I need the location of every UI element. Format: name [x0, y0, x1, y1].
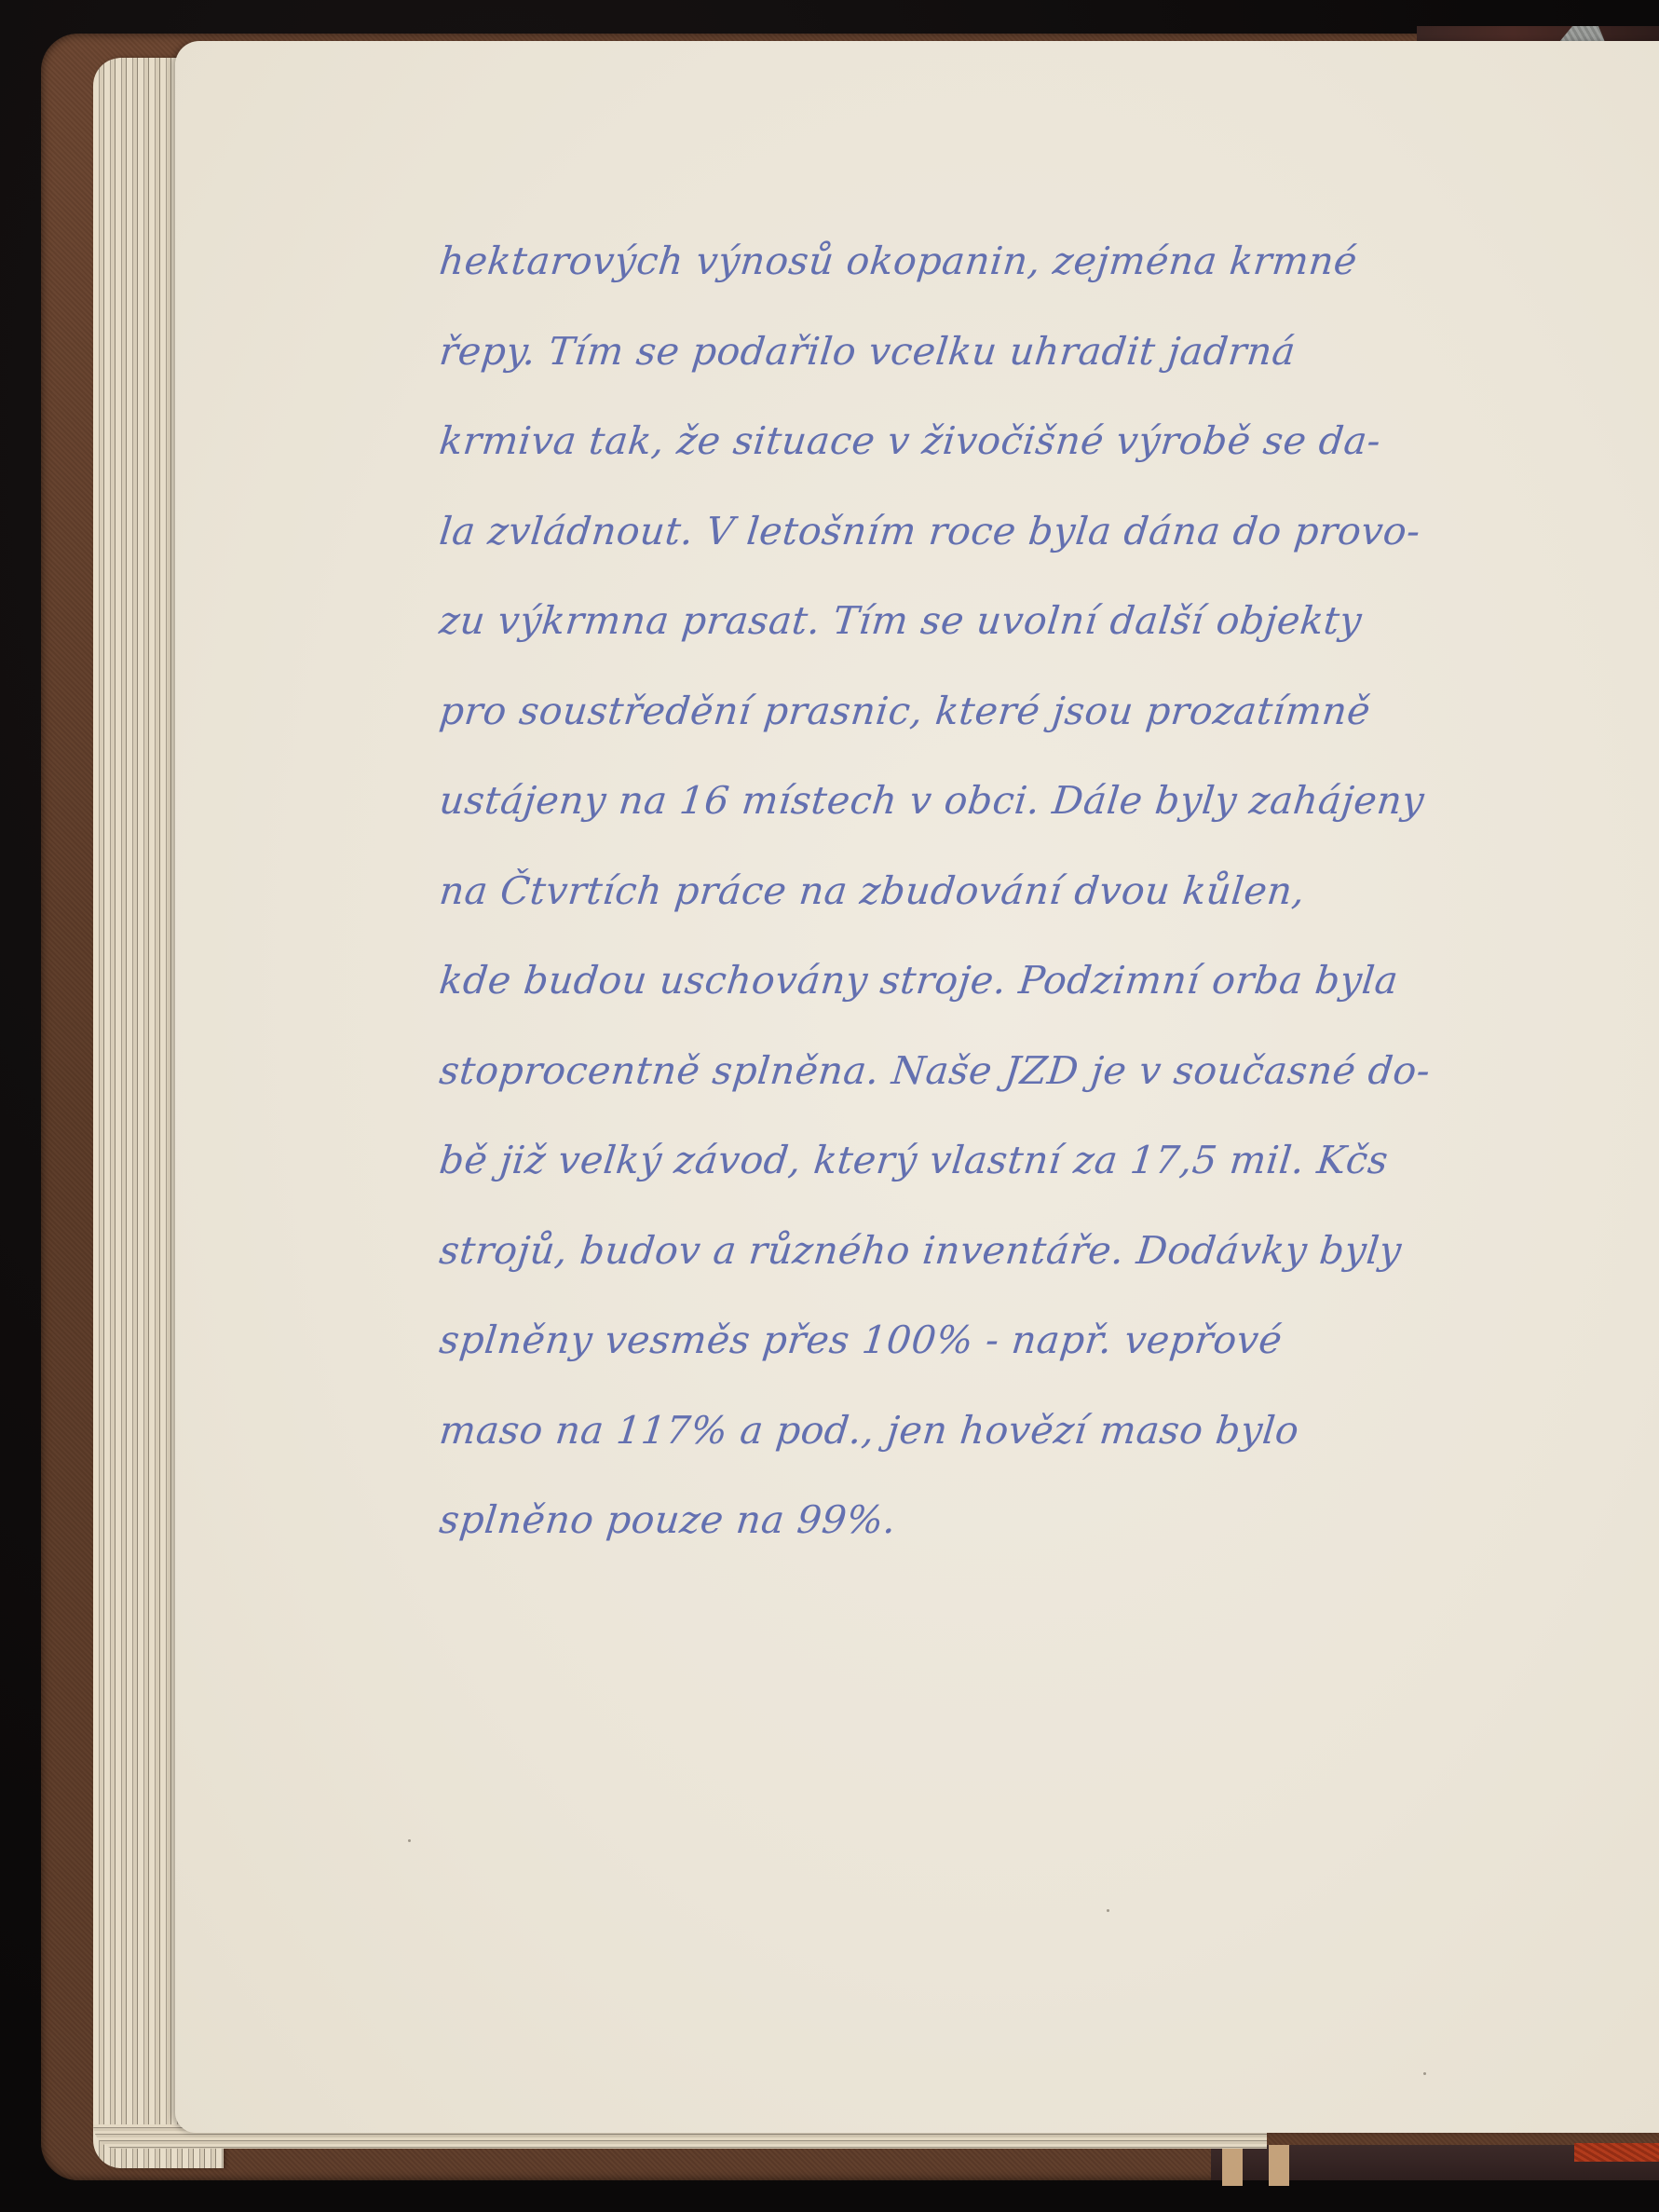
- text-line: hektarových výnosů okopanin, zejména krm…: [435, 216, 1450, 307]
- text-line: maso na 117% a pod., jen hovězí maso byl…: [435, 1386, 1450, 1476]
- text-line: zu výkrmna prasat. Tím se uvolní další o…: [435, 576, 1450, 666]
- text-line: řepy. Tím se podařilo vcelku uhradit jad…: [435, 307, 1450, 397]
- text-line: la zvládnout. V letošním roce byla dána …: [435, 486, 1450, 577]
- text-line: kde budou uschovány stroje. Podzimní orb…: [435, 935, 1450, 1026]
- binding-tab: [1222, 2145, 1243, 2186]
- text-line: pro soustředění prasnic, které jsou proz…: [435, 666, 1450, 757]
- bookmark-ribbon-red-bottom: [1574, 2143, 1659, 2162]
- binding-tab: [1269, 2145, 1289, 2186]
- book-scene: hektarových výnosů okopanin, zejména krm…: [0, 0, 1659, 2212]
- text-line: na Čtvrtích práce na zbudování dvou kůle…: [435, 846, 1450, 936]
- text-line: splněno pouze na 99%.: [435, 1475, 1450, 1565]
- text-line: splněny vesměs přes 100% - např. vepřové: [435, 1295, 1450, 1386]
- text-line: krmiva tak, že situace v živočišné výrob…: [435, 396, 1450, 486]
- handwritten-text: hektarových výnosů okopanin, zejména krm…: [440, 216, 1446, 1565]
- text-line: bě již velký závod, který vlastní za 17,…: [435, 1115, 1450, 1206]
- text-line: strojů, budov a různého inventáře. Dodáv…: [435, 1206, 1450, 1296]
- text-line: ustájeny na 16 místech v obci. Dále byly…: [435, 756, 1450, 846]
- text-line: stoprocentně splněna. Naše JZD je v souč…: [435, 1026, 1450, 1116]
